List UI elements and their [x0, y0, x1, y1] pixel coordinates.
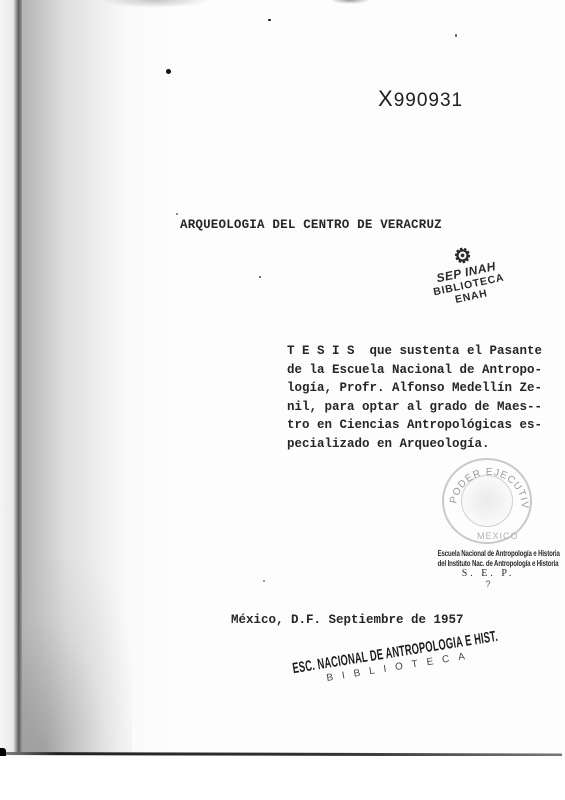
thesis-line: pecializado en Arqueología. [287, 435, 557, 454]
thesis-line: de la Escuela Nacional de Antropo- [287, 361, 557, 380]
binding-shadow-bottom [22, 560, 132, 755]
place-date: México, D.F. Septiembre de 1957 [231, 613, 464, 627]
svg-text:PODER EJECUTIVO FEDERAL: PODER EJECUTIVO FEDERAL [444, 460, 530, 510]
catalog-prefix: X [378, 86, 394, 111]
catalog-number: X990931 [378, 86, 463, 112]
ink-speck [176, 213, 178, 215]
school-stamp-line: del Instituto Nac. de Antropología e His… [438, 558, 539, 568]
seal-text-ring: PODER EJECUTIVO FEDERAL MEXICO [444, 460, 534, 546]
school-stamp: Escuela Nacional de Antropología e Histo… [418, 548, 558, 589]
thesis-line: T E S I S que sustenta el Pasante [287, 342, 557, 361]
catalog-digits: 990931 [394, 90, 463, 111]
thesis-line: logía, Profr. Alfonso Medellín Ze- [287, 379, 557, 398]
seal-top-text: PODER EJECUTIVO FEDERAL [444, 460, 530, 510]
ink-speck [166, 69, 171, 74]
school-stamp-line: Escuela Nacional de Antropología e Histo… [438, 548, 539, 558]
library-stamp-enah: ESC. NACIONAL DE ANTROPOLOGIA E HIST. BI… [291, 626, 513, 690]
scan-background [0, 756, 565, 800]
ink-speck [259, 276, 261, 278]
thesis-statement: T E S I S que sustenta el Pasante de la … [287, 342, 557, 453]
scanned-page: X990931 ARQUEOLOGIA DEL CENTRO DE VERACR… [0, 0, 565, 800]
official-seal: PODER EJECUTIVO FEDERAL MEXICO [442, 458, 532, 544]
binding-edge [0, 0, 22, 755]
ink-speck [268, 19, 271, 21]
thesis-title: ARQUEOLOGIA DEL CENTRO DE VERACRUZ [180, 218, 442, 232]
seal-bottom-text: MEXICO [477, 531, 519, 541]
ink-speck [455, 34, 457, 37]
library-stamp-sep-inah: ⚙ SEP INAH BIBLIOTECA ENAH [417, 237, 520, 324]
thesis-line: tro en Ciencias Antropológicas es- [287, 416, 557, 435]
school-stamp-mark: ? [418, 580, 558, 589]
scan-smudge [330, 0, 370, 4]
scan-smudge [100, 0, 210, 8]
thesis-line: nil, para optar al grado de Maes-- [287, 398, 557, 417]
ink-speck [263, 580, 265, 582]
